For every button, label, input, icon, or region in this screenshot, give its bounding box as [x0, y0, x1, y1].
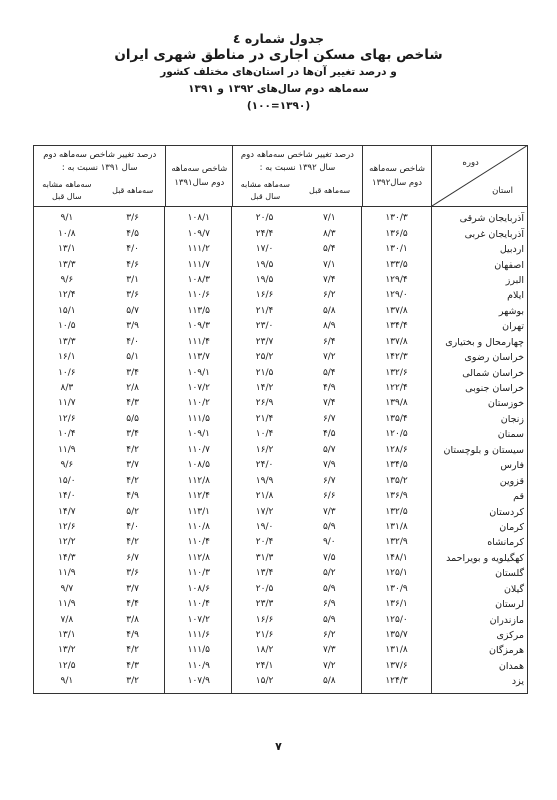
change-1392-same-quarter: ۱۷/۰ — [232, 242, 297, 257]
index-1391: ۱۱۰/۹ — [165, 659, 232, 674]
change-1392-same-quarter: ۲۰/۴ — [232, 535, 297, 550]
index-1392: ۱۳۰/۳ — [362, 211, 432, 226]
change-1391-prev-quarter: ۳/۶ — [100, 288, 166, 303]
index-1392: ۱۳۴/۴ — [362, 319, 432, 334]
index-1391: ۱۱۲/۴ — [165, 489, 232, 504]
change-1391-prev-quarter: ۳/۱ — [100, 273, 166, 288]
index-1392: ۱۳۴/۵ — [362, 458, 432, 473]
change-1392-same-quarter: ۱۷/۲ — [232, 505, 297, 520]
province-name: گیلان — [431, 582, 527, 597]
index-1391: ۱۱۰/۸ — [165, 520, 232, 535]
table-row: مرکزی۱۳۵/۷۶/۲۲۱/۶۱۱۱/۶۴/۹۱۳/۱ — [34, 628, 527, 643]
change-1391-same-quarter: ۱۴/۷ — [34, 505, 100, 520]
province-name: یزد — [431, 674, 527, 689]
province-name: خراسان شمالی — [431, 366, 527, 381]
index-1392: ۱۳۳/۵ — [362, 258, 432, 273]
change-1391-prev-quarter: ۴/۶ — [100, 258, 166, 273]
province-name: قزوین — [431, 474, 527, 489]
header-index-1392-line1: شاخص سه‌ماهه — [369, 162, 425, 176]
change-1391-prev-quarter: ۳/۲ — [100, 674, 166, 689]
index-1391: ۱۱۱/۲ — [165, 242, 232, 257]
table-row: چهارمحال و بختیاری۱۳۷/۸۶/۴۲۳/۷۱۱۱/۴۴/۰۱۳… — [34, 335, 527, 350]
change-1392-prev-quarter: ۵/۹ — [297, 613, 362, 628]
change-1392-same-quarter: ۱۹/۵ — [232, 273, 297, 288]
change-1392-prev-quarter: ۶/۷ — [297, 412, 362, 427]
change-1391-same-quarter: ۱۱/۷ — [34, 396, 100, 411]
index-1392: ۱۴۲/۳ — [362, 350, 432, 365]
province-name: آذربایجان شرقی — [431, 211, 527, 226]
index-1391: ۱۰۸/۵ — [165, 458, 232, 473]
change-1391-same-quarter: ۱۱/۹ — [34, 443, 100, 458]
table-row: زنجان۱۳۵/۴۶/۷۲۱/۴۱۱۱/۵۵/۵۱۲/۶ — [34, 412, 527, 427]
table-row: گیلان۱۳۰/۹۵/۹۲۰/۵۱۰۸/۶۳/۷۹/۷ — [34, 582, 527, 597]
table-row: قم۱۳۶/۹۶/۶۲۱/۸۱۱۲/۴۴/۹۱۴/۰ — [34, 489, 527, 504]
same-quarter-line1: سه‌ماهه مشابه — [241, 179, 290, 191]
change-1392-same-quarter: ۱۹/۰ — [232, 520, 297, 535]
change-1391-prev-quarter: ۳/۶ — [100, 566, 166, 581]
index-1391: ۱۰۸/۱ — [165, 211, 232, 226]
index-1392: ۱۲۰/۵ — [362, 427, 432, 442]
table-row: خراسان شمالی۱۳۲/۶۵/۴۲۱/۵۱۰۹/۱۳/۴۱۰/۶ — [34, 365, 527, 380]
table-row: لرستان۱۳۶/۱۶/۹۲۳/۳۱۱۰/۴۴/۴۱۱/۹ — [34, 597, 527, 612]
table-row: بوشهر۱۳۷/۸۵/۸۲۱/۴۱۱۳/۵۵/۷۱۵/۱ — [34, 304, 527, 319]
change-1392-same-quarter: ۱۵/۲ — [232, 674, 297, 689]
header-period-label: دوره — [462, 158, 478, 168]
change-1391-prev-quarter: ۵/۲ — [100, 505, 166, 520]
province-name: ایلام — [431, 288, 527, 303]
change-1392-prev-quarter: ۷/۴ — [297, 273, 362, 288]
index-1392: ۱۳۶/۱ — [362, 597, 432, 612]
table-row: قزوین۱۳۵/۲۶/۷۱۹/۹۱۱۲/۸۴/۲۱۵/۰ — [34, 473, 527, 488]
index-1392: ۱۲۵/۱ — [362, 566, 432, 581]
change-1392-prev-quarter: ۷/۵ — [297, 551, 362, 566]
header-index-1391: شاخص سه‌ماهه دوم سال۱۳۹۱ — [165, 146, 232, 206]
change-1391-same-quarter: ۱۳/۱ — [34, 628, 100, 643]
change-1392-same-quarter: ۱۹/۹ — [232, 474, 297, 489]
province-name: قم — [431, 489, 527, 504]
province-name: کرمان — [431, 520, 527, 535]
page-number: ۷ — [0, 740, 557, 753]
change-1392-prev-quarter: ۵/۲ — [297, 566, 362, 581]
change-1392-same-quarter: ۱۶/۲ — [232, 443, 297, 458]
index-1392: ۱۴۸/۱ — [362, 551, 432, 566]
table-number: جدول شماره ٤ — [0, 30, 557, 47]
table-row: تهران۱۳۴/۴۸/۹۲۳/۰۱۰۹/۳۳/۹۱۰/۵ — [34, 319, 527, 334]
province-name: لرستان — [431, 597, 527, 612]
change-1391-prev-quarter: ۶/۷ — [100, 551, 166, 566]
index-1392: ۱۲۴/۳ — [362, 674, 432, 689]
change-1391-prev-quarter: ۴/۲ — [100, 535, 166, 550]
change-1392-same-quarter: ۱۶/۶ — [232, 613, 297, 628]
change-1391-same-quarter: ۸/۳ — [34, 381, 100, 396]
index-1391: ۱۰۷/۹ — [165, 674, 232, 689]
change-1392-same-quarter: ۲۰/۵ — [232, 582, 297, 597]
table-row: هرمزگان۱۳۱/۸۷/۳۱۸/۲۱۱۱/۵۴/۲۱۳/۲ — [34, 643, 527, 658]
index-1392: ۱۲۹/۰ — [362, 288, 432, 303]
header-change-1391-same-quarter: سه‌ماهه مشابه سال قبل — [34, 179, 100, 203]
change-1391-same-quarter: ۱۴/۰ — [34, 489, 100, 504]
table-row: همدان۱۳۷/۶۷/۲۲۴/۱۱۱۰/۹۴/۳۱۲/۵ — [34, 659, 527, 674]
change-1391-same-quarter: ۱۳/۲ — [34, 643, 100, 658]
index-1392: ۱۳۶/۹ — [362, 489, 432, 504]
change-1392-prev-quarter: ۵/۴ — [297, 242, 362, 257]
same-quarter-line1: سه‌ماهه مشابه — [42, 179, 91, 191]
province-name: بوشهر — [431, 304, 527, 319]
table-row: کرمانشاه۱۳۲/۹۹/۰۲۰/۴۱۱۰/۴۴/۲۱۲/۲ — [34, 535, 527, 550]
change-1391-same-quarter: ۱۱/۹ — [34, 566, 100, 581]
header-change-1391-title-line1: درصد تغییر شاخص سه‌ماهه دوم — [34, 149, 165, 162]
index-1391: ۱۰۸/۳ — [165, 273, 232, 288]
index-1391: ۱۱۳/۷ — [165, 350, 232, 365]
index-1391: ۱۰۹/۱ — [165, 366, 232, 381]
index-1391: ۱۰۷/۲ — [165, 613, 232, 628]
table-title: شاخص بهای مسکن اجاری در مناطق شهری ایران — [0, 47, 557, 64]
index-1392: ۱۳۲/۹ — [362, 535, 432, 550]
change-1391-same-quarter: ۹/۷ — [34, 582, 100, 597]
index-1392: ۱۳۷/۶ — [362, 659, 432, 674]
index-1391: ۱۱۲/۸ — [165, 474, 232, 489]
change-1392-same-quarter: ۱۹/۵ — [232, 258, 297, 273]
change-1392-prev-quarter: ۷/۹ — [297, 458, 362, 473]
change-1392-same-quarter: ۲۳/۷ — [232, 335, 297, 350]
change-1392-prev-quarter: ۷/۲ — [297, 350, 362, 365]
header-index-1392-line2: دوم سال۱۳۹۲ — [372, 176, 422, 190]
table-row: کهگیلویه و بویراحمد۱۴۸/۱۷/۵۳۱/۳۱۱۲/۸۶/۷۱… — [34, 551, 527, 566]
header-change-1392-title-line1: درصد تغییر شاخص سه‌ماهه دوم — [233, 149, 361, 162]
change-1391-same-quarter: ۱۱/۹ — [34, 597, 100, 612]
province-name: کهگیلویه و بویراحمد — [431, 551, 527, 566]
change-1391-same-quarter: ۹/۱ — [34, 211, 100, 226]
table-row: اردبیل۱۳۰/۱۵/۴۱۷/۰۱۱۱/۲۴/۰۱۳/۱ — [34, 242, 527, 257]
change-1391-prev-quarter: ۳/۴ — [100, 366, 166, 381]
province-name: همدان — [431, 659, 527, 674]
index-1391: ۱۰۷/۲ — [165, 381, 232, 396]
rent-index-table: دوره استان شاخص سه‌ماهه دوم سال۱۳۹۲ درصد… — [33, 145, 528, 694]
change-1392-prev-quarter: ۵/۹ — [297, 582, 362, 597]
table-subtitle: و درصد تغییر آن‌ها در استان‌های مختلف کش… — [0, 64, 557, 81]
index-1392: ۱۳۱/۸ — [362, 520, 432, 535]
change-1392-prev-quarter: ۵/۸ — [297, 674, 362, 689]
index-1391: ۱۱۰/۲ — [165, 396, 232, 411]
change-1391-prev-quarter: ۳/۶ — [100, 211, 166, 226]
change-1392-prev-quarter: ۶/۷ — [297, 474, 362, 489]
change-1392-prev-quarter: ۷/۳ — [297, 505, 362, 520]
table-row: ایلام۱۲۹/۰۶/۲۱۶/۶۱۱۰/۶۳/۶۱۲/۴ — [34, 288, 527, 303]
index-1392: ۱۳۲/۶ — [362, 366, 432, 381]
same-quarter-line2: سال قبل — [250, 191, 280, 203]
change-1391-same-quarter: ۱۲/۲ — [34, 535, 100, 550]
change-1391-prev-quarter: ۴/۰ — [100, 335, 166, 350]
header-index-1391-line2: دوم سال۱۳۹۱ — [174, 176, 224, 190]
change-1391-same-quarter: ۱۵/۱ — [34, 304, 100, 319]
change-1392-prev-quarter: ۶/۶ — [297, 489, 362, 504]
change-1392-prev-quarter: ۷/۳ — [297, 643, 362, 658]
index-1392: ۱۳۰/۱ — [362, 242, 432, 257]
change-1391-same-quarter: ۷/۸ — [34, 613, 100, 628]
province-name: زنجان — [431, 412, 527, 427]
header-index-1391-line1: شاخص سه‌ماهه — [171, 162, 227, 176]
province-name: سمنان — [431, 427, 527, 442]
change-1392-same-quarter: ۲۱/۵ — [232, 366, 297, 381]
province-name: گلستان — [431, 566, 527, 581]
change-1391-same-quarter: ۱۲/۵ — [34, 659, 100, 674]
change-1391-prev-quarter: ۴/۲ — [100, 643, 166, 658]
change-1391-same-quarter: ۱۰/۵ — [34, 319, 100, 334]
index-1392: ۱۲۹/۴ — [362, 273, 432, 288]
header-change-1392-same-quarter: سه‌ماهه مشابه سال قبل — [233, 179, 297, 203]
province-name: اصفهان — [431, 258, 527, 273]
table-row: فارس۱۳۴/۵۷/۹۲۴/۰۱۰۸/۵۳/۷۹/۶ — [34, 458, 527, 473]
index-1392: ۱۳۲/۵ — [362, 505, 432, 520]
table-row: سمنان۱۲۰/۵۴/۵۱۰/۴۱۰۹/۱۳/۴۱۰/۴ — [34, 427, 527, 442]
index-1392: ۱۲۲/۴ — [362, 381, 432, 396]
province-name: خراسان جنوبی — [431, 381, 527, 396]
table-base-year: (۱۳۹۰=۱۰۰) — [0, 98, 557, 115]
change-1391-same-quarter: ۱۳/۱ — [34, 242, 100, 257]
table-row: خوزستان۱۳۹/۸۷/۴۲۶/۹۱۱۰/۲۴/۳۱۱/۷ — [34, 396, 527, 411]
change-1391-prev-quarter: ۵/۵ — [100, 412, 166, 427]
header-change-1391-title-line2: سال ۱۳۹۱ نسبت به : — [34, 162, 165, 175]
index-1391: ۱۰۹/۱ — [165, 427, 232, 442]
change-1391-prev-quarter: ۳/۷ — [100, 458, 166, 473]
change-1392-prev-quarter: ۵/۷ — [297, 443, 362, 458]
change-1391-prev-quarter: ۵/۱ — [100, 350, 166, 365]
change-1392-same-quarter: ۲۴/۴ — [232, 227, 297, 242]
index-1392: ۱۳۹/۸ — [362, 396, 432, 411]
province-name: اردبیل — [431, 242, 527, 257]
change-1392-same-quarter: ۱۸/۲ — [232, 643, 297, 658]
change-1392-prev-quarter: ۸/۳ — [297, 227, 362, 242]
change-1391-same-quarter: ۱۲/۶ — [34, 520, 100, 535]
table-row: سیستان و بلوچستان۱۲۸/۶۵/۷۱۶/۲۱۱۰/۷۴/۲۱۱/… — [34, 443, 527, 458]
change-1391-prev-quarter: ۴/۰ — [100, 520, 166, 535]
change-1392-same-quarter: ۲۳/۰ — [232, 319, 297, 334]
index-1391: ۱۱۰/۴ — [165, 597, 232, 612]
table-row: یزد۱۲۴/۳۵/۸۱۵/۲۱۰۷/۹۳/۲۹/۱ — [34, 674, 527, 689]
table-row: اصفهان۱۳۳/۵۷/۱۱۹/۵۱۱۱/۷۴/۶۱۳/۳ — [34, 257, 527, 272]
change-1392-prev-quarter: ۷/۴ — [297, 396, 362, 411]
change-1391-same-quarter: ۹/۶ — [34, 458, 100, 473]
table-row: گلستان۱۲۵/۱۵/۲۱۳/۴۱۱۰/۳۳/۶۱۱/۹ — [34, 566, 527, 581]
table-body: آذربایجان شرقی۱۳۰/۳۷/۱۲۰/۵۱۰۸/۱۳/۶۹/۱آذر… — [34, 207, 527, 693]
change-1391-prev-quarter: ۴/۹ — [100, 489, 166, 504]
province-name: کرمانشاه — [431, 535, 527, 550]
change-1391-same-quarter: ۹/۶ — [34, 273, 100, 288]
change-1392-same-quarter: ۲۱/۶ — [232, 628, 297, 643]
change-1392-prev-quarter: ۶/۲ — [297, 628, 362, 643]
header-index-1392: شاخص سه‌ماهه دوم سال۱۳۹۲ — [362, 146, 432, 206]
index-1392: ۱۳۷/۸ — [362, 335, 432, 350]
index-1392: ۱۳۵/۷ — [362, 628, 432, 643]
index-1391: ۱۱۱/۵ — [165, 412, 232, 427]
change-1392-prev-quarter: ۵/۹ — [297, 520, 362, 535]
table-row: کرمان۱۳۱/۸۵/۹۱۹/۰۱۱۰/۸۴/۰۱۲/۶ — [34, 520, 527, 535]
change-1392-same-quarter: ۱۴/۲ — [232, 381, 297, 396]
table-row: البرز۱۲۹/۴۷/۴۱۹/۵۱۰۸/۳۳/۱۹/۶ — [34, 273, 527, 288]
change-1391-prev-quarter: ۴/۰ — [100, 242, 166, 257]
index-1391: ۱۱۰/۴ — [165, 535, 232, 550]
change-1391-prev-quarter: ۳/۹ — [100, 319, 166, 334]
index-1392: ۱۳۵/۴ — [362, 412, 432, 427]
change-1392-same-quarter: ۳۱/۳ — [232, 551, 297, 566]
change-1391-same-quarter: ۱۴/۳ — [34, 551, 100, 566]
same-quarter-line2: سال قبل — [52, 191, 82, 203]
change-1392-same-quarter: ۲۶/۹ — [232, 396, 297, 411]
header-province-label: استان — [492, 186, 513, 196]
change-1392-same-quarter: ۲۱/۸ — [232, 489, 297, 504]
change-1391-prev-quarter: ۴/۹ — [100, 628, 166, 643]
index-1391: ۱۰۹/۳ — [165, 319, 232, 334]
change-1391-prev-quarter: ۴/۳ — [100, 659, 166, 674]
index-1392: ۱۳۰/۹ — [362, 582, 432, 597]
index-1391: ۱۱۲/۸ — [165, 551, 232, 566]
change-1392-prev-quarter: ۷/۱ — [297, 258, 362, 273]
index-1392: ۱۲۵/۰ — [362, 613, 432, 628]
index-1391: ۱۱۱/۷ — [165, 258, 232, 273]
header-change-1391-prev-quarter: سه‌ماهه قبل — [100, 179, 166, 203]
province-name: مرکزی — [431, 628, 527, 643]
change-1391-prev-quarter: ۴/۲ — [100, 443, 166, 458]
change-1392-same-quarter: ۱۰/۴ — [232, 427, 297, 442]
index-1391: ۱۰۸/۶ — [165, 582, 232, 597]
index-1391: ۱۱۰/۷ — [165, 443, 232, 458]
change-1391-same-quarter: ۱۰/۴ — [34, 427, 100, 442]
table-row: خراسان جنوبی۱۲۲/۴۴/۹۱۴/۲۱۰۷/۲۲/۸۸/۳ — [34, 381, 527, 396]
province-name: البرز — [431, 273, 527, 288]
index-1392: ۱۳۷/۸ — [362, 304, 432, 319]
change-1391-same-quarter: ۱۰/۸ — [34, 227, 100, 242]
change-1392-same-quarter: ۲۱/۴ — [232, 304, 297, 319]
province-name: هرمزگان — [431, 643, 527, 658]
change-1391-prev-quarter: ۴/۵ — [100, 227, 166, 242]
change-1391-same-quarter: ۱۰/۶ — [34, 366, 100, 381]
index-1391: ۱۱۳/۵ — [165, 304, 232, 319]
change-1392-same-quarter: ۲۰/۵ — [232, 211, 297, 226]
index-1391: ۱۱۰/۳ — [165, 566, 232, 581]
index-1391: ۱۱۳/۱ — [165, 505, 232, 520]
header-change-1392: درصد تغییر شاخص سه‌ماهه دوم سال ۱۳۹۲ نسب… — [232, 146, 361, 206]
change-1391-prev-quarter: ۴/۴ — [100, 597, 166, 612]
province-name: مازندران — [431, 613, 527, 628]
province-name: چهارمحال و بختیاری — [431, 335, 527, 350]
change-1391-same-quarter: ۹/۱ — [34, 674, 100, 689]
change-1392-prev-quarter: ۷/۱ — [297, 211, 362, 226]
change-1391-same-quarter: ۱۲/۶ — [34, 412, 100, 427]
index-1391: ۱۱۰/۶ — [165, 288, 232, 303]
change-1391-prev-quarter: ۳/۸ — [100, 613, 166, 628]
province-name: خوزستان — [431, 396, 527, 411]
change-1392-prev-quarter: ۸/۹ — [297, 319, 362, 334]
change-1391-prev-quarter: ۲/۸ — [100, 381, 166, 396]
change-1392-prev-quarter: ۵/۴ — [297, 366, 362, 381]
change-1391-same-quarter: ۱۶/۱ — [34, 350, 100, 365]
header-change-1392-title-line2: سال ۱۳۹۲ نسبت به : — [233, 162, 361, 175]
table-row: خراسان رضوی۱۴۲/۳۷/۲۲۵/۲۱۱۳/۷۵/۱۱۶/۱ — [34, 350, 527, 365]
change-1392-prev-quarter: ۴/۹ — [297, 381, 362, 396]
change-1391-same-quarter: ۱۲/۴ — [34, 288, 100, 303]
index-1391: ۱۰۹/۷ — [165, 227, 232, 242]
index-1392: ۱۳۱/۸ — [362, 643, 432, 658]
change-1392-prev-quarter: ۹/۰ — [297, 535, 362, 550]
province-name: آذربایجان غربی — [431, 227, 527, 242]
change-1392-prev-quarter: ۶/۲ — [297, 288, 362, 303]
diagonal-divider — [432, 146, 527, 206]
table-row: آذربایجان شرقی۱۳۰/۳۷/۱۲۰/۵۱۰۸/۱۳/۶۹/۱ — [34, 211, 527, 226]
change-1391-prev-quarter: ۵/۷ — [100, 304, 166, 319]
index-1392: ۱۳۵/۲ — [362, 474, 432, 489]
index-1392: ۱۳۶/۵ — [362, 227, 432, 242]
change-1392-same-quarter: ۲۳/۳ — [232, 597, 297, 612]
change-1392-prev-quarter: ۷/۲ — [297, 659, 362, 674]
index-1391: ۱۱۱/۴ — [165, 335, 232, 350]
header-change-1392-prev-quarter: سه‌ماهه قبل — [297, 179, 361, 203]
change-1392-same-quarter: ۲۴/۱ — [232, 659, 297, 674]
change-1392-same-quarter: ۱۶/۶ — [232, 288, 297, 303]
change-1391-same-quarter: ۱۵/۰ — [34, 474, 100, 489]
change-1392-same-quarter: ۲۵/۲ — [232, 350, 297, 365]
change-1391-prev-quarter: ۴/۳ — [100, 396, 166, 411]
index-1391: ۱۱۱/۶ — [165, 628, 232, 643]
table-row: مازندران۱۲۵/۰۵/۹۱۶/۶۱۰۷/۲۳/۸۷/۸ — [34, 612, 527, 627]
change-1391-same-quarter: ۱۳/۳ — [34, 335, 100, 350]
table-row: کردستان۱۳۲/۵۷/۳۱۷/۲۱۱۳/۱۵/۲۱۴/۷ — [34, 504, 527, 519]
change-1391-same-quarter: ۱۳/۳ — [34, 258, 100, 273]
province-name: فارس — [431, 458, 527, 473]
change-1392-same-quarter: ۲۱/۴ — [232, 412, 297, 427]
change-1392-same-quarter: ۱۳/۴ — [232, 566, 297, 581]
change-1392-prev-quarter: ۴/۵ — [297, 427, 362, 442]
index-1391: ۱۱۱/۵ — [165, 643, 232, 658]
table-row: آذربایجان غربی۱۳۶/۵۸/۳۲۴/۴۱۰۹/۷۴/۵۱۰/۸ — [34, 226, 527, 241]
change-1392-prev-quarter: ۵/۸ — [297, 304, 362, 319]
province-name: کردستان — [431, 505, 527, 520]
change-1391-prev-quarter: ۴/۲ — [100, 474, 166, 489]
change-1391-prev-quarter: ۳/۷ — [100, 582, 166, 597]
table-period: سه‌ماهه دوم سال‌های ۱۳۹۲ و ۱۳۹۱ — [0, 81, 557, 98]
change-1392-prev-quarter: ۶/۴ — [297, 335, 362, 350]
province-name: تهران — [431, 319, 527, 334]
index-1392: ۱۲۸/۶ — [362, 443, 432, 458]
table-header: دوره استان شاخص سه‌ماهه دوم سال۱۳۹۲ درصد… — [34, 146, 527, 207]
province-name: سیستان و بلوچستان — [431, 443, 527, 458]
header-province-period: دوره استان — [431, 146, 527, 206]
change-1392-same-quarter: ۲۴/۰ — [232, 458, 297, 473]
header-change-1391: درصد تغییر شاخص سه‌ماهه دوم سال ۱۳۹۱ نسب… — [34, 146, 165, 206]
change-1392-prev-quarter: ۶/۹ — [297, 597, 362, 612]
change-1391-prev-quarter: ۳/۴ — [100, 427, 166, 442]
document-header: جدول شماره ٤ شاخص بهای مسکن اجاری در منا… — [0, 30, 557, 115]
province-name: خراسان رضوی — [431, 350, 527, 365]
